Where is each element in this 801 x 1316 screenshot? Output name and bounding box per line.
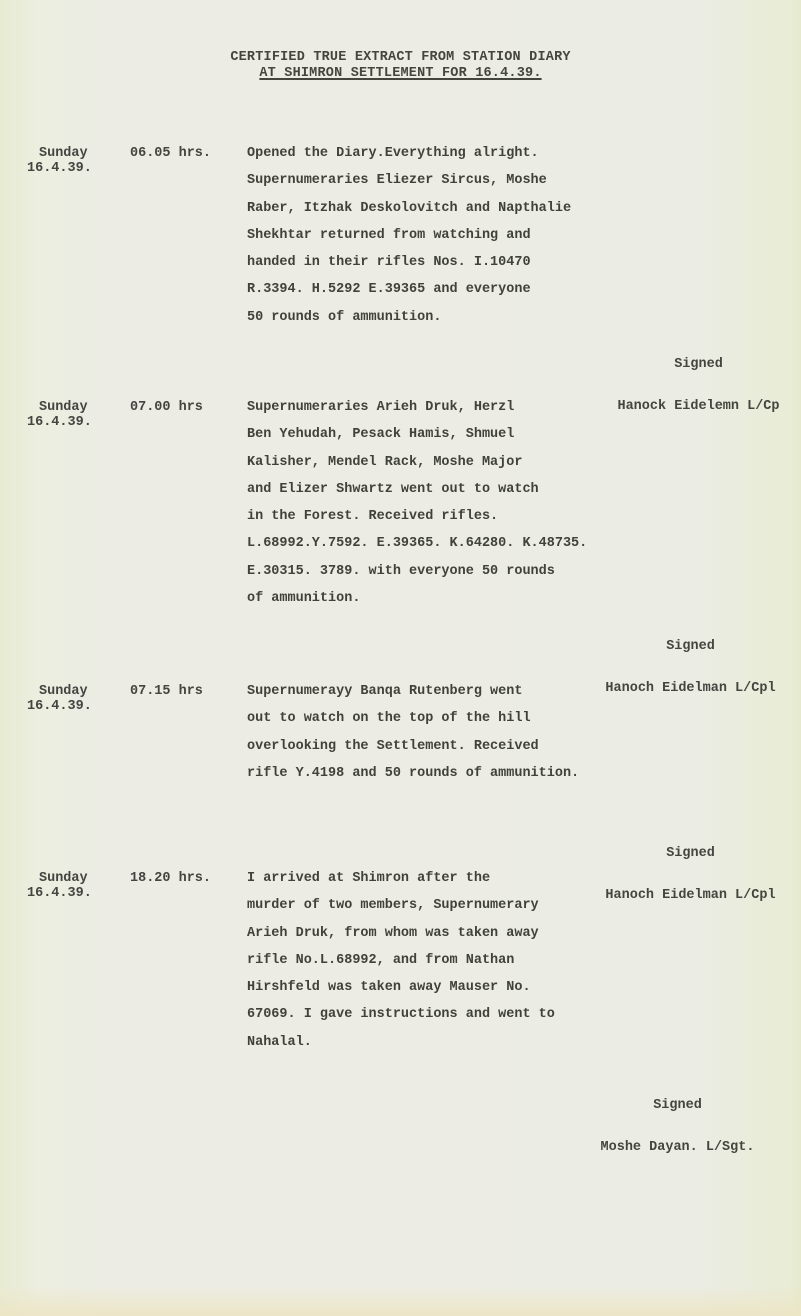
signature-block: Signed Hanock Eidelemn L/Cp [596, 330, 801, 442]
entry-line: rifle No.L.68992, and from Nathan [247, 953, 555, 980]
entry-day: Sunday [39, 684, 88, 699]
document-title: CERTIFIED TRUE EXTRACT FROM STATION DIAR… [0, 50, 801, 66]
signatory-name: Hanock Eidelemn L/Cp [596, 400, 801, 414]
entry-line: 50 rounds of ammunition. [247, 310, 571, 337]
entry-line: R.3394. H.5292 E.39365 and everyone [247, 282, 571, 309]
entry-line: E.30315. 3789. with everyone 50 rounds [247, 564, 587, 591]
entry-time: 06.05 hrs. [130, 146, 211, 161]
signatory-name: Moshe Dayan. L/Sgt. [570, 1141, 785, 1155]
entry-line: Shekhtar returned from watching and [247, 228, 571, 255]
entry-line: murder of two members, Supernumerary [247, 898, 555, 925]
entry-line: Kalisher, Mendel Rack, Moshe Major [247, 455, 587, 482]
signed-label: Signed [580, 640, 801, 654]
entry-line: I arrived at Shimron after the [247, 871, 555, 898]
entry-time: 18.20 hrs. [130, 871, 211, 886]
signed-label: Signed [596, 358, 801, 372]
entry-date: 16.4.39. [27, 886, 92, 901]
entry-line: Ben Yehudah, Pesack Hamis, Shmuel [247, 427, 587, 454]
signatory-name: Hanoch Eidelman L/Cpl [580, 682, 801, 696]
entry-line: and Elizer Shwartz went out to watch [247, 482, 587, 509]
entry-line: Supernumeraries Eliezer Sircus, Moshe [247, 173, 571, 200]
entry-time: 07.00 hrs [130, 400, 203, 415]
entry-date: 16.4.39. [27, 699, 92, 714]
entry-line: out to watch on the top of the hill [247, 711, 579, 738]
entry-line: Nahalal. [247, 1035, 555, 1062]
entry-line: Arieh Druk, from whom was taken away [247, 926, 555, 953]
signed-label: Signed [570, 1099, 785, 1113]
signature-block: Signed Hanoch Eidelman L/Cpl [580, 819, 801, 931]
document-subtitle: AT SHIMRON SETTLEMENT FOR 16.4.39. [0, 66, 801, 82]
entry-line: Supernumerayy Banqa Rutenberg went [247, 684, 579, 711]
entry-time: 07.15 hrs [130, 684, 203, 699]
entry-text: Supernumerayy Banqa Rutenberg went out t… [247, 684, 579, 793]
entry-day: Sunday [39, 871, 88, 886]
entry-line: in the Forest. Received rifles. [247, 509, 587, 536]
entry-text: Supernumeraries Arieh Druk, Herzl Ben Ye… [247, 400, 587, 618]
entry-line: of ammunition. [247, 591, 587, 618]
entry-date: 16.4.39. [27, 415, 92, 430]
entry-text: Opened the Diary.Everything alright. Sup… [247, 146, 571, 337]
entry-line: L.68992.Y.7592. E.39365. K.64280. K.4873… [247, 536, 587, 563]
entry-line: overlooking the Settlement. Received [247, 739, 579, 766]
entry-line: Hirshfeld was taken away Mauser No. [247, 980, 555, 1007]
entry-text: I arrived at Shimron after the murder of… [247, 871, 555, 1062]
document-header: CERTIFIED TRUE EXTRACT FROM STATION DIAR… [0, 50, 801, 82]
entry-line: Opened the Diary.Everything alright. [247, 146, 571, 173]
entry-line: rifle Y.4198 and 50 rounds of ammunition… [247, 766, 579, 793]
signatory-name: Hanoch Eidelman L/Cpl [580, 889, 801, 903]
entry-day: Sunday [39, 400, 88, 415]
signed-label: Signed [580, 847, 801, 861]
signature-block: Signed Moshe Dayan. L/Sgt. [570, 1071, 785, 1183]
entry-day: Sunday [39, 146, 88, 161]
entry-line: 67069. I gave instructions and went to [247, 1007, 555, 1034]
signature-block: Signed Hanoch Eidelman L/Cpl [580, 612, 801, 724]
entry-line: handed in their rifles Nos. I.10470 [247, 255, 571, 282]
document-page: CERTIFIED TRUE EXTRACT FROM STATION DIAR… [0, 0, 801, 1316]
paper-edge [0, 1286, 801, 1316]
entry-date: 16.4.39. [27, 161, 92, 176]
entry-line: Raber, Itzhak Deskolovitch and Napthalie [247, 201, 571, 228]
entry-line: Supernumeraries Arieh Druk, Herzl [247, 400, 587, 427]
